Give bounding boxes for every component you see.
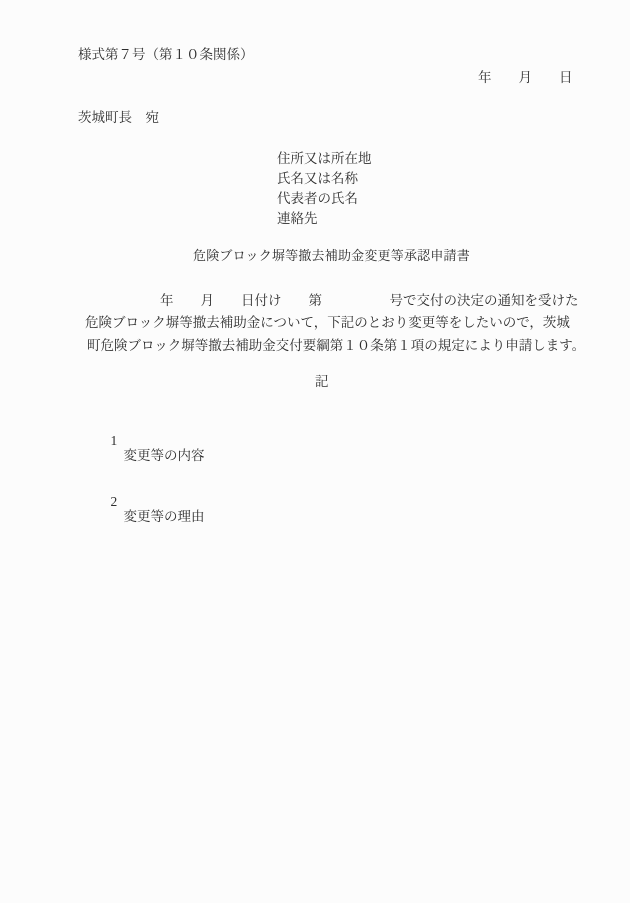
item-1-number: 1	[111, 433, 118, 449]
document-title: 危険ブロック塀等撤去補助金変更等承認申請書	[193, 249, 470, 264]
item-change-reason: 2 変更等の理由	[97, 478, 205, 540]
form-number: 様式第７号（第１０条関係）	[78, 47, 254, 63]
date-line: 年 月 日	[478, 70, 573, 86]
applicant-field-address: 住所又は所在地	[277, 151, 372, 167]
item-2-number: 2	[111, 494, 118, 510]
document-page: 様式第７号（第１０条関係） 年 月 日 茨城町長 宛 住所又は所在地 氏名又は名…	[0, 0, 630, 903]
addressee: 茨城町長 宛	[78, 110, 159, 126]
item-change-content: 1 変更等の内容	[97, 417, 205, 479]
body-line-3: 町危険ブロック塀等撤去補助金交付要綱第１０条第１項の規定により申請します。	[87, 338, 585, 354]
applicant-field-representative: 代表者の氏名	[277, 191, 358, 207]
body-line-2: 危険ブロック塀等撤去補助金について，下記のとおり変更等をしたいので，茨城	[85, 315, 570, 331]
item-1-label: 変更等の内容	[124, 448, 205, 464]
record-marker: 記	[315, 374, 329, 390]
body-line-1: 年 月 日付け 第 号で交付の決定の通知を受けた	[160, 293, 579, 309]
item-2-label: 変更等の理由	[124, 509, 205, 525]
applicant-field-contact: 連絡先	[277, 211, 318, 227]
applicant-field-name: 氏名又は名称	[277, 171, 358, 187]
